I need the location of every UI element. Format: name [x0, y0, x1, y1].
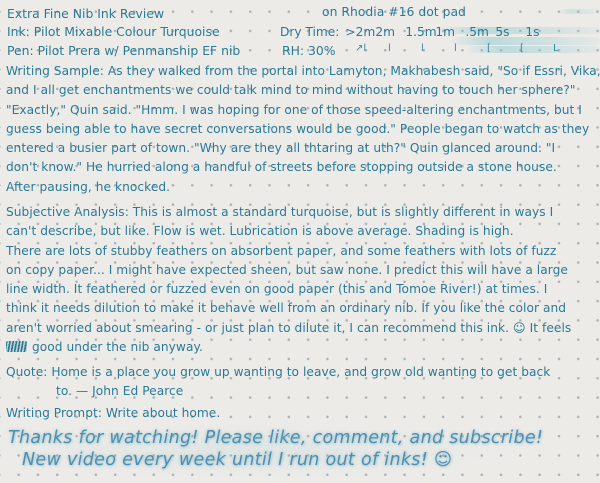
ink-name-line: Ink: Pilot Mixable Colour Turquoise	[7, 22, 220, 41]
dry-time-label: Dry Time:	[280, 25, 339, 39]
scribbled-out-word	[6, 341, 27, 352]
subjective-analysis-last-line-text: good under the nib anyway.	[32, 340, 203, 354]
ink-smear-streak	[560, 9, 600, 14]
subjective-analysis-lines: Subjective Analysis: This is almost a st…	[6, 203, 571, 338]
subjective-analysis-last-line: good under the nib anyway.	[6, 338, 571, 357]
quote-line-1: Quote: Home is a place you grow up wanti…	[6, 363, 550, 382]
paper-note: on Rhodia #16 dot pad	[322, 2, 466, 21]
dry-time-test: Dry Time:>2m2m1.5m1m.5m5s1s ↗llll[[L	[280, 21, 583, 55]
quote-block: Quote: Home is a place you grow up wanti…	[6, 363, 550, 402]
footer-line-2: New video every week until I run out of …	[22, 449, 543, 471]
subjective-analysis-paragraph: Subjective Analysis: This is almost a st…	[6, 203, 571, 357]
quote-line-2: to. — John Ed Pearce	[56, 382, 550, 401]
pen-name-line: Pen: Pilot Prera w/ Penmanship EF nib	[7, 41, 240, 60]
footer-note: Thanks for watching! Please like, commen…	[8, 427, 543, 471]
writing-sample-paragraph: Writing Sample: As they walked from the …	[6, 62, 600, 197]
dry-time-smear-marks: ↗llll[[L	[352, 36, 583, 55]
page-title: Extra Fine Nib Ink Review	[7, 4, 164, 23]
footer-line-1: Thanks for watching! Please like, commen…	[8, 427, 543, 449]
